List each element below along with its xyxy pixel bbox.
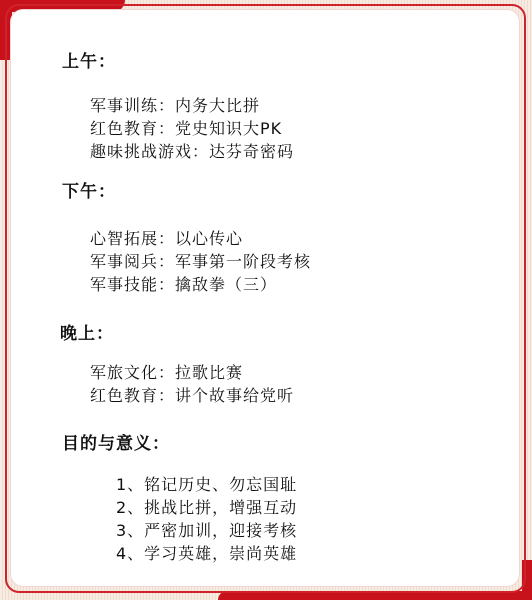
evening-item: 军旅文化：拉歌比赛	[90, 363, 243, 383]
section-title-purpose: 目的与意义：	[62, 434, 170, 454]
section-title-evening: 晚上：	[60, 324, 114, 344]
section-title-morning: 上午：	[62, 52, 116, 72]
purpose-item: 3、严密加训，迎接考核	[116, 521, 297, 541]
morning-item: 趣味挑战游戏：达芬奇密码	[90, 142, 294, 162]
afternoon-item: 军事阅兵：军事第一阶段考核	[90, 252, 311, 272]
purpose-item: 2、挑战比拼，增强互动	[116, 498, 297, 518]
morning-item: 军事训练：内务大比拼	[90, 96, 260, 116]
evening-item: 红色教育：讲个故事给党听	[90, 386, 294, 406]
afternoon-item: 心智拓展：以心传心	[90, 229, 243, 249]
section-title-afternoon: 下午：	[62, 182, 116, 202]
purpose-item: 1、铭记历史、勿忘国耻	[116, 475, 297, 495]
morning-item: 红色教育：党史知识大PK	[90, 119, 282, 139]
afternoon-item: 军事技能：擒敌拳（三）	[90, 275, 277, 295]
purpose-item: 4、学习英雄，崇尚英雄	[116, 544, 297, 564]
